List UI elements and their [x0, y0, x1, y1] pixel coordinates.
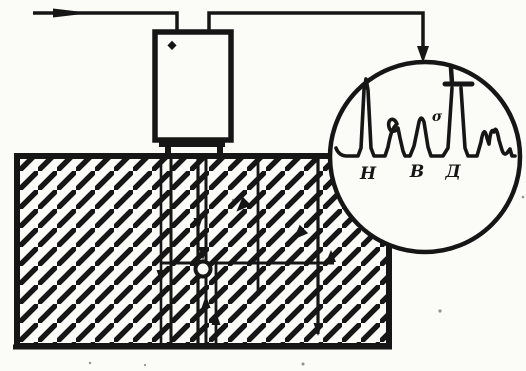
figure-canvas: Н В Д σ — [0, 0, 526, 371]
paper-speck — [438, 309, 441, 312]
peak-label-initial-pulse: Н — [359, 164, 377, 184]
paper-speck — [89, 362, 91, 364]
amplitude-annotation: σ — [432, 109, 443, 125]
probe-leg — [217, 146, 223, 157]
crt-screen: Н В Д σ — [330, 62, 520, 252]
peak-label-bottom-echo: Д — [444, 162, 461, 182]
defect-marker — [196, 262, 211, 277]
probe-foot — [159, 138, 225, 147]
right-arrow-icon — [53, 9, 91, 18]
signal-wire-left — [33, 9, 177, 31]
probe-body — [155, 32, 231, 140]
clipped-peak-horn — [451, 68, 452, 83]
signal-wire-right — [209, 13, 429, 63]
paper-speck — [232, 199, 234, 201]
wire-line — [209, 13, 423, 50]
transducer-probe — [155, 32, 231, 157]
paper-speck — [144, 364, 146, 366]
probe-leg — [165, 146, 171, 157]
paper-speck — [522, 196, 525, 199]
peak-label-flaw-echo: В — [409, 162, 424, 182]
paper-speck — [302, 363, 305, 366]
